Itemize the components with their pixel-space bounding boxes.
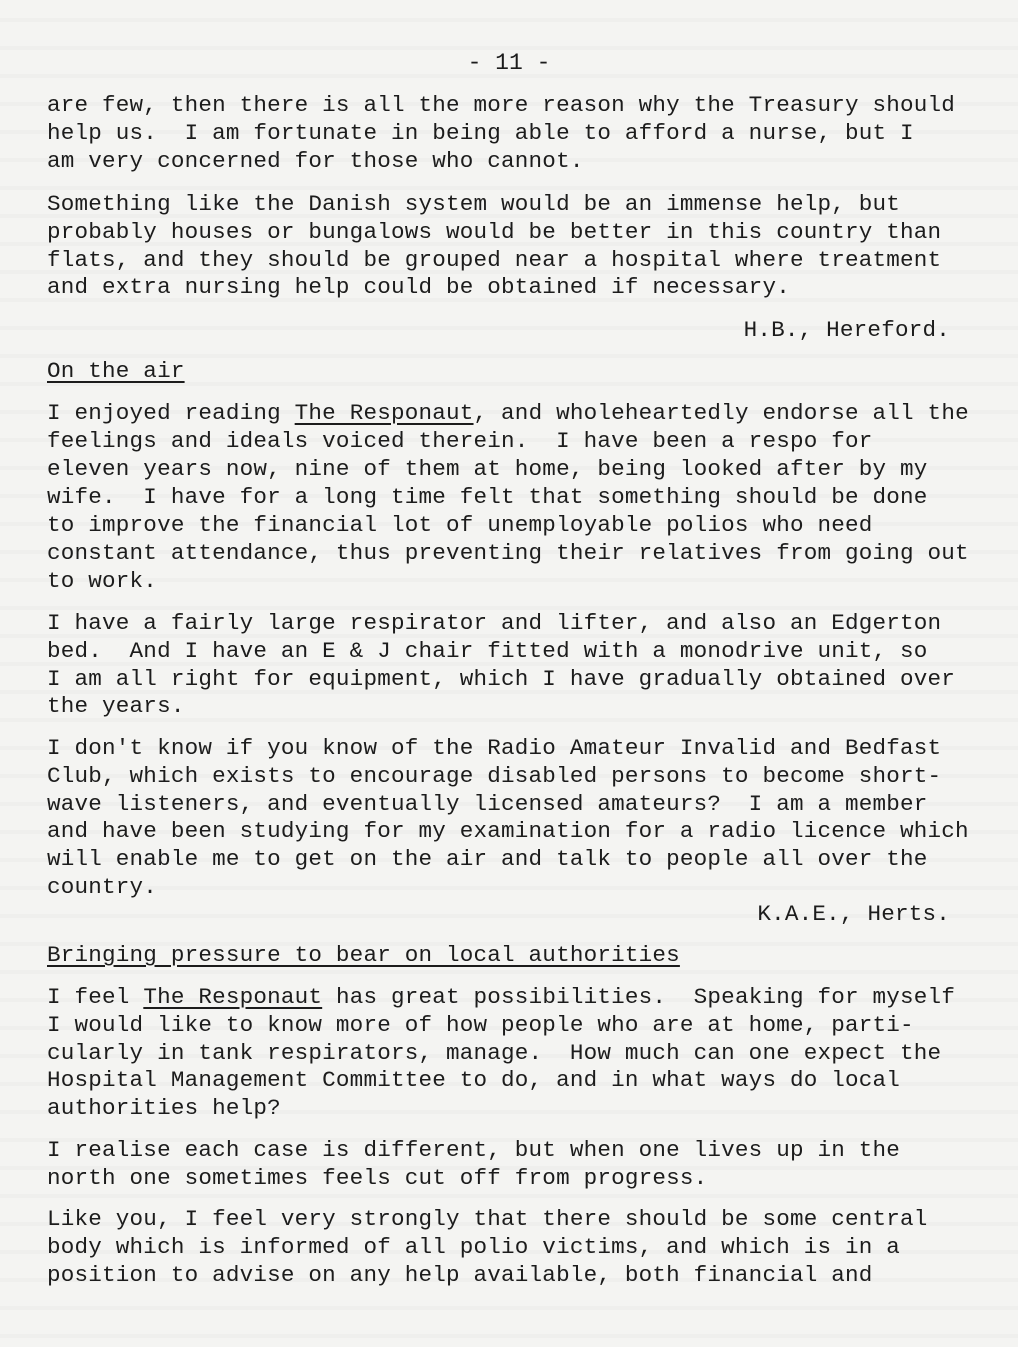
- text-line: body which is informed of all polio vict…: [47, 1233, 900, 1261]
- text-line: country.: [47, 873, 157, 901]
- document-page: - 11 - are few, then there is all the mo…: [0, 0, 1018, 1347]
- text-line: bed. And I have an E & J chair fitted wi…: [47, 637, 928, 665]
- text-line: I don't know if you know of the Radio Am…: [47, 734, 941, 762]
- text-line: I feel The Responaut has great possibili…: [47, 983, 955, 1011]
- text-line: help us. I am fortunate in being able to…: [47, 119, 914, 147]
- text-line: cularly in tank respirators, manage. How…: [47, 1039, 941, 1067]
- text-line: eleven years now, nine of them at home, …: [47, 455, 928, 483]
- signature-kae: K.A.E., Herts.: [757, 900, 950, 928]
- text-line: north one sometimes feels cut off from p…: [47, 1164, 707, 1192]
- section-heading-on-the-air: On the air: [47, 357, 185, 385]
- text-line: I enjoyed reading The Responaut, and who…: [47, 399, 969, 427]
- text-line: authorities help?: [47, 1094, 281, 1122]
- text-line: Like you, I feel very strongly that ther…: [47, 1205, 928, 1233]
- text-line: I realise each case is different, but wh…: [47, 1136, 900, 1164]
- text-line: I am all right for equipment, which I ha…: [47, 665, 955, 693]
- text-line: to improve the financial lot of unemploy…: [47, 511, 873, 539]
- text-line: to work.: [47, 567, 157, 595]
- signature-hb: H.B., Hereford.: [744, 316, 950, 344]
- text-line: Hospital Management Committee to do, and…: [47, 1066, 900, 1094]
- page-number: - 11 -: [0, 50, 1018, 76]
- text-line: I have a fairly large respirator and lif…: [47, 609, 941, 637]
- text-line: wave listeners, and eventually licensed …: [47, 790, 928, 818]
- text-fragment: , and wholeheartedly endorse all the: [474, 400, 969, 426]
- text-line: position to advise on any help available…: [47, 1261, 873, 1289]
- text-line: the years.: [47, 692, 185, 720]
- text-line: feelings and ideals voiced therein. I ha…: [47, 427, 873, 455]
- text-line: will enable me to get on the air and tal…: [47, 845, 928, 873]
- text-line: I would like to know more of how people …: [47, 1011, 914, 1039]
- text-fragment: has great possibilities. Speaking for my…: [322, 984, 955, 1010]
- text-line: Club, which exists to encourage disabled…: [47, 762, 941, 790]
- text-line: and have been studying for my examinatio…: [47, 817, 969, 845]
- publication-title: The Responaut: [143, 984, 322, 1010]
- text-line: are few, then there is all the more reas…: [47, 91, 955, 119]
- text-fragment: I feel: [47, 984, 143, 1010]
- section-heading-local-authorities: Bringing pressure to bear on local autho…: [47, 941, 680, 969]
- text-line: flats, and they should be grouped near a…: [47, 246, 941, 274]
- text-line: and extra nursing help could be obtained…: [47, 273, 790, 301]
- text-line: probably houses or bungalows would be be…: [47, 218, 941, 246]
- publication-title: The Responaut: [295, 400, 474, 426]
- text-line: Something like the Danish system would b…: [47, 190, 900, 218]
- text-line: am very concerned for those who cannot.: [47, 147, 584, 175]
- text-line: wife. I have for a long time felt that s…: [47, 483, 928, 511]
- text-line: constant attendance, thus preventing the…: [47, 539, 969, 567]
- text-fragment: I enjoyed reading: [47, 400, 295, 426]
